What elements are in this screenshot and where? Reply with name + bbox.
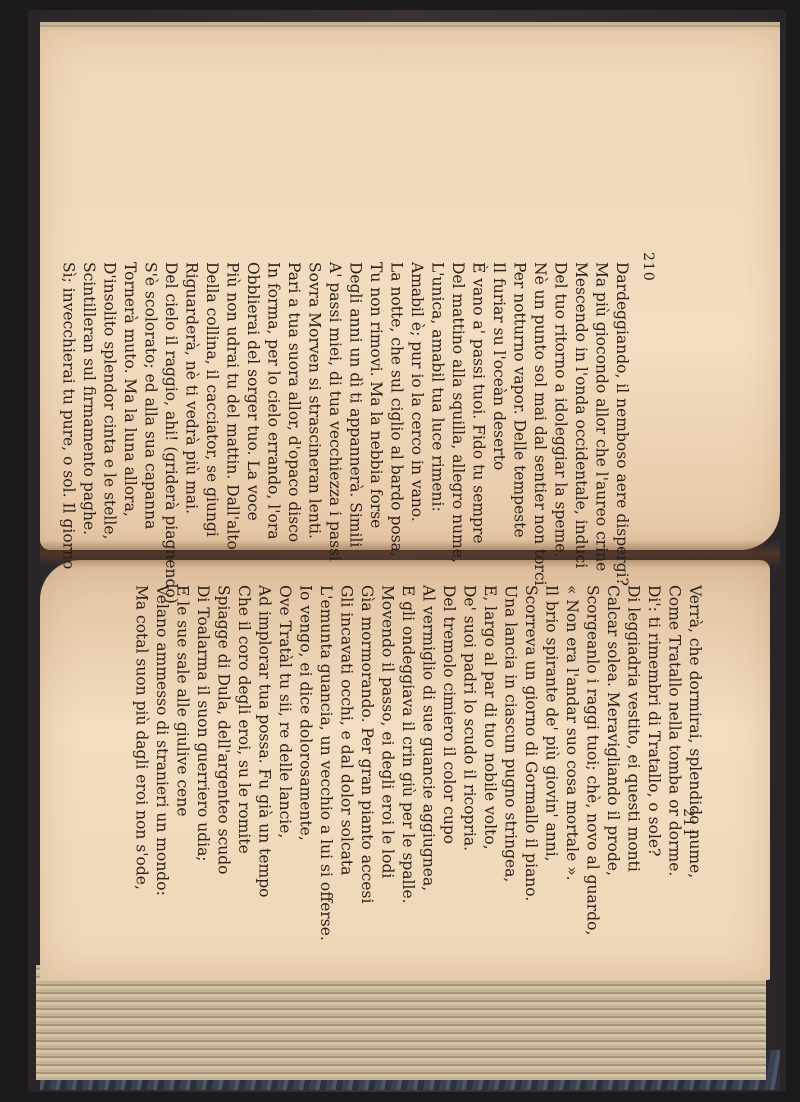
book-gutter [40,540,780,568]
text-line: Del cielo il raggio, ahi! (griderà piagn… [161,262,182,522]
text-line: Della collina, il cacciator, se giungi [202,262,223,522]
text-line: Riguarderà, nè ti vedrà più mai. [181,262,202,522]
text-line: Ad implorar tua possa. Fu già un tempo [254,585,275,845]
text-line: Al vermiglio di sue guancie aggiugnea, [418,585,439,845]
text-line: Ove Tratàl tu sii, re delle lancie, [275,585,296,845]
text-line: Spiagge di Dula, dell'argenteo scudo [213,585,234,845]
text-line: Nè un punto sol mai dal sentier non torc… [530,262,551,522]
text-line: In forma, per lo cielo errando, l'ora [263,262,284,522]
text-line: Una lancia in ciascun pugno stringea, [500,585,521,845]
right-page-text: Verrà, che dormirai, splendido nume,Come… [165,585,705,845]
text-line: Il brio spirante de' più giovin' anni, [541,585,562,845]
text-line: Di': ti rimembri di Tratallo, o sole? [644,585,665,845]
text-line: Tornerà muto. Ma la luna allora, [120,262,141,522]
text-line: Gìa mormorando. Per gran pianto accesi [357,585,378,845]
text-line: Per notturno vapor. Delle tempeste [509,262,530,522]
text-line: E le sue sale alle giulive cene [172,585,193,845]
text-line: Movendo il passo, ei degli eroi le lodi [377,585,398,845]
text-line: S'è scolorato; ed alla sua capanna [140,262,161,522]
text-line: L'unica, amabil tua luce rimeni: [427,262,448,522]
left-page-text: Dardeggiando, il nemboso aere dispergi?M… [172,262,632,522]
text-line: Il furiar su l'oceàn deserto [489,262,510,522]
text-line: Di Toalarma il suon guerriero udia; [193,585,214,845]
text-line: D'insolito splendor cinta e le stelle, [99,262,120,522]
text-line: Dardeggiando, il nemboso aere dispergi? [612,262,633,522]
page-number-left: 210 [640,252,656,282]
text-line: Del tremolo cimiero il color cupo [439,585,460,845]
text-line: Io vengo, ei dice dolorosamente, [295,585,316,845]
text-line: Più non udrai tu del mattin. Dall'alto [222,262,243,522]
text-line: Ma più giocondo allor che l'aureo crine [591,262,612,522]
text-line: De' suoi padri lo scudo il ricopria. [459,585,480,845]
text-line: L'emunta guancia, un vecchio a lui si of… [316,585,337,845]
text-line: Scorgeanlo i raggi tuoi; chè, novo al gu… [582,585,603,845]
text-line: Mescendo in l'onda occidentale, induci [571,262,592,522]
text-line: Sì; invecchierai tu pure, o sol. Il gior… [58,262,79,522]
text-line: Del mattino alla squilla, allegro nume, [448,262,469,522]
text-line: È vano a' passi tuoi. Fido tu sempre [468,262,489,522]
text-line: Ma cotal suon più dagli eroi non s'ode, [131,585,152,845]
text-line: Scintilleran sul firmamento paghe. [79,262,100,522]
text-line: Calcar solea. Meravigliando il prode, [603,585,624,845]
text-line: Di leggiadria vestito, ei questi monti [623,585,644,845]
text-line: E, largo al par di tuo nobile volto, [480,585,501,845]
text-line: « Non era l'andar suo cosa mortale ». [562,585,583,845]
page-edges-bottom [36,965,766,1080]
text-line: Verrà, che dormirai, splendido nume, [685,585,706,845]
text-line: Degli anni un dì ti appannerà. Simili [345,262,366,522]
text-line: Che il coro degli eroi, su le romite [234,585,255,845]
text-line: Sovra Morven si strascineran lenti. [304,262,325,522]
text-line: Tu non rimovi. Ma la nebbia forse [366,262,387,522]
text-line: La notte, che sul ciglio al bardo posa, [386,262,407,522]
text-line: Amabil è; pur io la cerco in vano. [407,262,428,522]
text-line: E gli ondeggiava il crin giù per le spal… [398,585,419,845]
text-line: Velano ammesso di stranieri un mondo: [152,585,173,845]
text-line: Scorreva un giorno di Gormallo il piano. [521,585,542,845]
text-line: A' passi miei, di tua vecchiezza i passi [325,262,346,522]
text-line: Del tuo ritorno a idoleggiar la speme. [550,262,571,522]
text-line: Obblierai del sorger tuo. La voce [243,262,264,522]
text-line: Come Tratallo nella tomba or dorme. [664,585,685,845]
text-line: Pari a tua suora allor, d'opaco disco [284,262,305,522]
text-line: Gli incavati occhi, e dal dolor solcata [336,585,357,845]
